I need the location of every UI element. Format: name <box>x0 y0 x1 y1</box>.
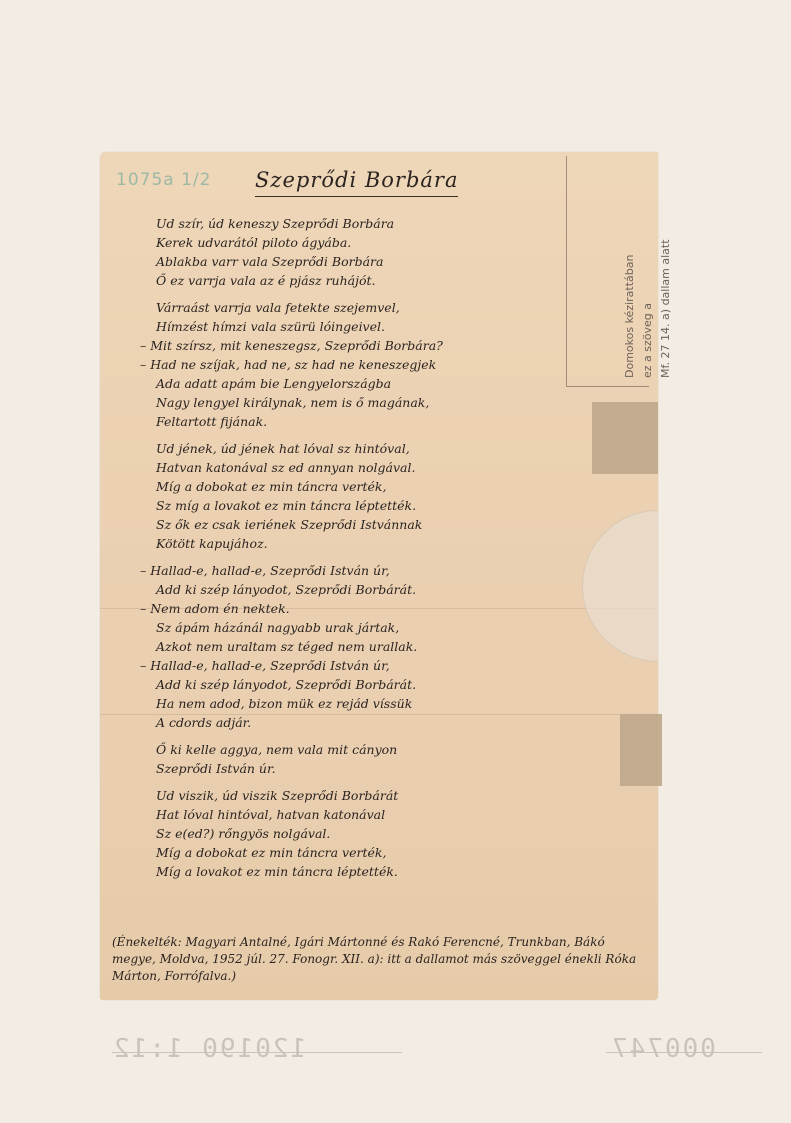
poem-line: Kerek udvarától piloto ágyába. <box>156 233 596 252</box>
dialogue-dash: – <box>140 357 150 372</box>
dialogue-dash: – <box>140 658 150 673</box>
poem-line: Várraást varrja vala fetekte szejemvel, <box>156 298 596 317</box>
poem-line-text: Nagy lengyel királynak, nem is ő magának… <box>156 395 429 410</box>
pencil-side-note: Domokos kézirattában ez a szöveg a Mf. 2… <box>566 156 649 387</box>
poem-line: – Had ne szíjak, had ne, sz had ne kenes… <box>140 355 596 374</box>
poem-line-text: Hallad-e, hallad-e, Szeprődi István úr, <box>150 658 389 673</box>
side-note-text: Domokos kézirattában ez a szöveg a Mf. 2… <box>621 158 675 378</box>
poem-line-text: Mit szírsz, mit keneszegsz, Szeprődi Bor… <box>150 338 443 353</box>
poem-line-text: Azkot nem uraltam sz téged nem urallak. <box>156 639 417 654</box>
poem-line-text: Ő ki kelle aggya, nem vala mit cányon <box>156 742 397 757</box>
poem-line: – Nem adom én nektek. <box>140 599 596 618</box>
poem-line: Sz ők ez csak ieriének Szeprődi Istvánna… <box>156 515 596 534</box>
poem-line: Ud viszik, úd viszik Szeprődi Borbárát <box>156 786 596 805</box>
poem-line: Ha nem adod, bizon mük ez rejád víssük <box>156 694 596 713</box>
dialogue-dash: – <box>140 601 150 616</box>
archive-stamp-left: 120190 1:12 <box>112 1034 306 1064</box>
poem-line-text: Ud jének, úd jének hat lóval sz hintóval… <box>156 441 410 456</box>
poem-line-text: Had ne szíjak, had ne, sz had ne kenesze… <box>150 357 436 372</box>
side-note-line: ez a szöveg a <box>639 158 657 378</box>
poem-line: Ada adatt apám bie Lengyelországba <box>156 374 596 393</box>
poem-line-text: Add ki szép lányodot, Szeprődi Borbárát. <box>156 582 416 597</box>
poem-line-text: A cdords adjár. <box>156 715 251 730</box>
poem-line: Feltartott fijának. <box>156 412 596 431</box>
poem-line-text: Várraást varrja vala fetekte szejemvel, <box>156 300 400 315</box>
poem-line-text: Szeprődi István úr. <box>156 761 276 776</box>
poem-line-text: Ő ez varrja vala az é pjász ruhájót. <box>156 273 376 288</box>
poem-line-text: Ada adatt apám bie Lengyelországba <box>156 376 391 391</box>
stamp-strike-line <box>112 1052 402 1053</box>
side-note-line: Domokos kézirattában <box>621 158 639 378</box>
poem-line-text: Sz e(ed?) rőngyös nolgával. <box>156 826 330 841</box>
archive-number: 1075a 1/2 <box>116 170 211 190</box>
poem-line: Ő ki kelle aggya, nem vala mit cányon <box>156 740 596 759</box>
paper-seal <box>582 510 734 662</box>
side-note-line: Mf. 27 14. a) dallam alatt <box>657 158 675 378</box>
stanza: – Hallad-e, hallad-e, Szeprődi István úr… <box>156 561 596 732</box>
poem-line: A cdords adjár. <box>156 713 596 732</box>
poem-line-text: Míg a lovakot ez min táncra léptették. <box>156 864 398 879</box>
poem-line: Sz míg a lovakot ez min táncra léptették… <box>156 496 596 515</box>
poem-line: Szeprődi István úr. <box>156 759 596 778</box>
poem-line-text: Ud viszik, úd viszik Szeprődi Borbárát <box>156 788 398 803</box>
archive-stamp-right: 000747 <box>610 1034 716 1064</box>
poem-line-text: Hallad-e, hallad-e, Szeprődi István úr, <box>150 563 389 578</box>
stanza: Ud szír, úd keneszy Szeprődi BorbáraKere… <box>156 214 596 290</box>
stamp-strike-line <box>606 1052 762 1053</box>
poem-line-text: Míg a dobokat ez min táncra verték, <box>156 845 386 860</box>
poem-line: Ablakba varr vala Szeprődi Borbára <box>156 252 596 271</box>
poem-line: Hímzést hímzi vala szürü lóingeivel. <box>156 317 596 336</box>
stanza: Ő ki kelle aggya, nem vala mit cányonSze… <box>156 740 596 778</box>
poem-line: Hat lóval hintóval, hatvan katonával <box>156 805 596 824</box>
poem-line: Add ki szép lányodot, Szeprődi Borbárát. <box>156 675 596 694</box>
poem-body: Ud szír, úd keneszy Szeprődi BorbáraKere… <box>156 214 596 889</box>
poem-line: Míg a dobokat ez min táncra verték, <box>156 843 596 862</box>
poem-line-text: Míg a dobokat ez min táncra verték, <box>156 479 386 494</box>
poem-line: Azkot nem uraltam sz téged nem urallak. <box>156 637 596 656</box>
poem-line: – Mit szírsz, mit keneszegsz, Szeprődi B… <box>140 336 596 355</box>
poem-title: Szeprődi Borbára <box>255 168 458 197</box>
poem-line: – Hallad-e, hallad-e, Szeprődi István úr… <box>140 656 596 675</box>
dialogue-dash: – <box>140 338 150 353</box>
poem-line-text: Ud szír, úd keneszy Szeprődi Borbára <box>156 216 394 231</box>
poem-line: Sz ápám házánál nagyabb urak jártak, <box>156 618 596 637</box>
poem-line-text: Sz ők ez csak ieriének Szeprődi Istvánna… <box>156 517 422 532</box>
poem-line-text: Kerek udvarától piloto ágyába. <box>156 235 351 250</box>
manuscript-sheet: 1075a 1/2 Szeprődi Borbára Ud szír, úd k… <box>100 152 658 1000</box>
poem-line: Míg a dobokat ez min táncra verték, <box>156 477 596 496</box>
poem-line-text: Add ki szép lányodot, Szeprődi Borbárát. <box>156 677 416 692</box>
poem-line: Ud szír, úd keneszy Szeprődi Borbára <box>156 214 596 233</box>
collection-footnote: (Énekelték: Magyari Antalné, Igári Márto… <box>112 934 652 985</box>
poem-line-text: Hímzést hímzi vala szürü lóingeivel. <box>156 319 385 334</box>
poem-line-text: Sz míg a lovakot ez min táncra léptették… <box>156 498 416 513</box>
adhesive-tape <box>592 402 658 474</box>
poem-line-text: Nem adom én nektek. <box>150 601 289 616</box>
poem-line: Nagy lengyel királynak, nem is ő magának… <box>156 393 596 412</box>
poem-line: Kötött kapujához. <box>156 534 596 553</box>
poem-line: Sz e(ed?) rőngyös nolgával. <box>156 824 596 843</box>
poem-line: Hatvan katonával sz ed annyan nolgával. <box>156 458 596 477</box>
poem-line-text: Kötött kapujához. <box>156 536 268 551</box>
dialogue-dash: – <box>140 563 150 578</box>
stanza: Várraást varrja vala fetekte szejemvel,H… <box>156 298 596 431</box>
poem-line-text: Hat lóval hintóval, hatvan katonával <box>156 807 385 822</box>
poem-line: – Hallad-e, hallad-e, Szeprődi István úr… <box>140 561 596 580</box>
poem-line-text: Sz ápám házánál nagyabb urak jártak, <box>156 620 399 635</box>
adhesive-tape <box>620 714 662 786</box>
poem-line: Míg a lovakot ez min táncra léptették. <box>156 862 596 881</box>
poem-line-text: Feltartott fijának. <box>156 414 267 429</box>
stanza: Ud jének, úd jének hat lóval sz hintóval… <box>156 439 596 553</box>
poem-line-text: Ha nem adod, bizon mük ez rejád víssük <box>156 696 412 711</box>
poem-line: Add ki szép lányodot, Szeprődi Borbárát. <box>156 580 596 599</box>
poem-line-text: Ablakba varr vala Szeprődi Borbára <box>156 254 383 269</box>
poem-line: Ő ez varrja vala az é pjász ruhájót. <box>156 271 596 290</box>
stanza: Ud viszik, úd viszik Szeprődi BorbárátHa… <box>156 786 596 881</box>
poem-line-text: Hatvan katonával sz ed annyan nolgával. <box>156 460 415 475</box>
poem-line: Ud jének, úd jének hat lóval sz hintóval… <box>156 439 596 458</box>
